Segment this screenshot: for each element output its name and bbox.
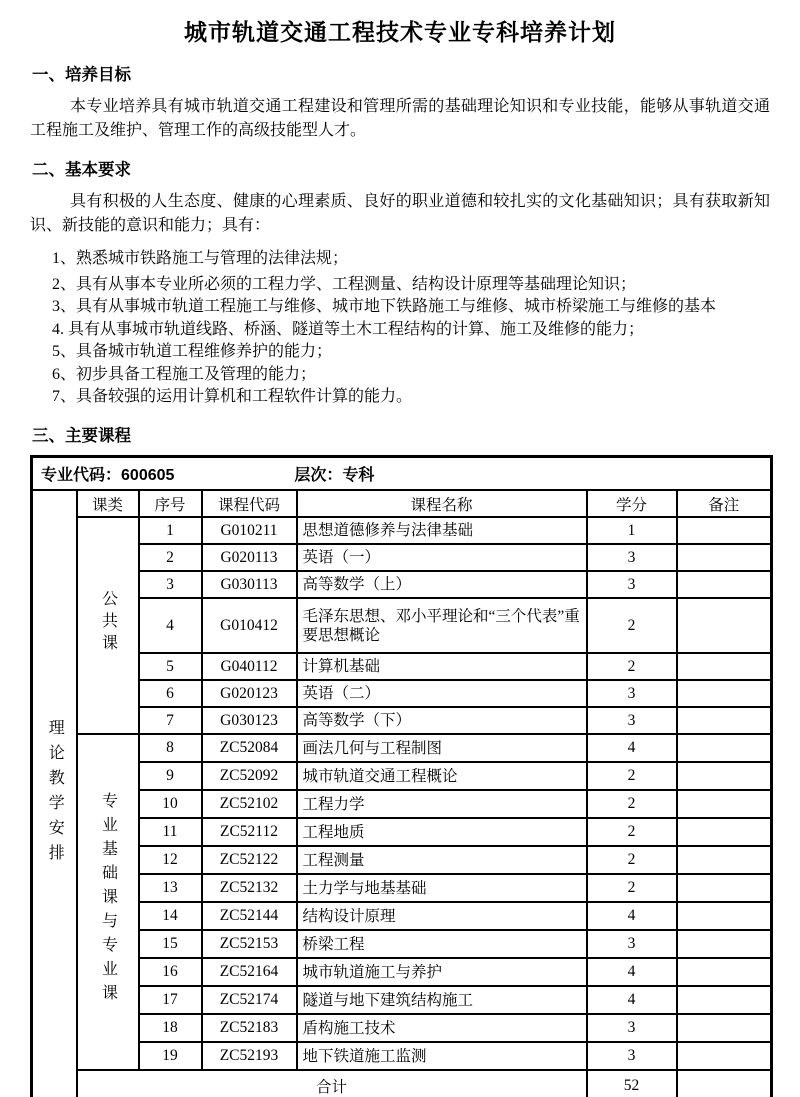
note-cell	[677, 958, 772, 986]
seq-cell: 12	[139, 846, 202, 874]
course-group-professional-cell: 专业基础课与专业课	[77, 734, 139, 1070]
level-value: 专科	[342, 467, 374, 484]
code-cell: G010211	[202, 517, 297, 544]
theory-teaching-axis-label: 理论教学安排	[46, 719, 62, 869]
course-row: 公共课 1 G010211 思想道德修养与法律基础 1	[32, 517, 772, 544]
name-cell: 计算机基础	[297, 653, 587, 680]
code-cell: ZC52102	[202, 790, 297, 818]
seq-cell: 9	[139, 762, 202, 790]
credits-cell: 3	[587, 1014, 677, 1042]
code-cell: ZC52193	[202, 1042, 297, 1070]
name-cell: 土力学与地基基础	[297, 874, 587, 902]
seq-cell: 11	[139, 818, 202, 846]
credits-cell: 2	[587, 846, 677, 874]
name-cell: 高等数学（上）	[297, 571, 587, 598]
training-objective-heading: 一、培养目标	[32, 64, 770, 86]
note-cell	[677, 818, 772, 846]
note-cell	[677, 707, 772, 734]
code-cell: ZC52183	[202, 1014, 297, 1042]
note-cell	[677, 930, 772, 958]
seq-cell: 10	[139, 790, 202, 818]
table-info-row: 专业代码：600605层次：专科	[32, 456, 772, 490]
total-row: 合计 52	[32, 1070, 772, 1097]
code-cell: G020123	[202, 680, 297, 707]
code-cell: ZC52112	[202, 818, 297, 846]
code-cell: ZC52084	[202, 734, 297, 762]
total-label-cell: 合计	[77, 1070, 587, 1097]
requirements-list: 1、熟悉城市铁路施工与管理的法律法规； 2、具有从事本专业所必须的工程力学、工程…	[30, 248, 770, 409]
code-cell: G010412	[202, 598, 297, 653]
course-row: 4 G010412 毛泽东思想、邓小平理论和“三个代表”重要思想概论 2	[32, 598, 772, 653]
credits-cell: 3	[587, 680, 677, 707]
note-cell	[677, 1070, 772, 1097]
course-row: 10 ZC52102 工程力学 2	[32, 790, 772, 818]
course-group-professional-label: 专业基础课与专业课	[100, 792, 116, 1008]
code-cell: ZC52174	[202, 986, 297, 1014]
seq-cell: 17	[139, 986, 202, 1014]
col-header-note: 备注	[677, 490, 772, 517]
seq-cell: 19	[139, 1042, 202, 1070]
training-objective-paragraph: 本专业培养具有城市轨道交通工程建设和管理所需的基础理论知识和专业技能，能够从事轨…	[30, 95, 770, 143]
course-row: 19 ZC52193 地下铁道施工监测 3	[32, 1042, 772, 1070]
code-cell: G030123	[202, 707, 297, 734]
credits-cell: 4	[587, 986, 677, 1014]
credits-cell: 2	[587, 653, 677, 680]
basic-requirements-heading: 二、基本要求	[32, 159, 770, 181]
name-cell: 隧道与地下建筑结构施工	[297, 986, 587, 1014]
document-page: 城市轨道交通工程技术专业专科培养计划 一、培养目标 本专业培养具有城市轨道交通工…	[0, 0, 800, 1097]
requirement-item-3: 3、具有从事城市轨道工程施工与维修、城市地下铁路施工与维修、城市桥梁施工与维修的…	[52, 296, 770, 319]
table-header-row: 理论教学安排 课类 序号 课程代码 课程名称 学分 备注	[32, 490, 772, 517]
course-row: 6 G020123 英语（二） 3	[32, 680, 772, 707]
note-cell	[677, 544, 772, 571]
name-cell: 工程力学	[297, 790, 587, 818]
note-cell	[677, 734, 772, 762]
requirement-item-1: 1、熟悉城市铁路施工与管理的法律法规；	[52, 248, 770, 271]
name-cell: 英语（二）	[297, 680, 587, 707]
credits-cell: 2	[587, 790, 677, 818]
code-cell: G020113	[202, 544, 297, 571]
code-cell: ZC52122	[202, 846, 297, 874]
course-row: 2 G020113 英语（一） 3	[32, 544, 772, 571]
seq-cell: 16	[139, 958, 202, 986]
seq-cell: 4	[139, 598, 202, 653]
table-info-cell: 专业代码：600605层次：专科	[32, 456, 772, 490]
seq-cell: 6	[139, 680, 202, 707]
basic-requirements-paragraph: 具有积极的人生态度、健康的心理素质、良好的职业道德和较扎实的文化基础知识；具有获…	[30, 190, 770, 238]
credits-cell: 2	[587, 762, 677, 790]
seq-cell: 8	[139, 734, 202, 762]
theory-teaching-axis-cell: 理论教学安排	[32, 490, 77, 1097]
code-cell: ZC52132	[202, 874, 297, 902]
credits-cell: 4	[587, 734, 677, 762]
course-row: 13 ZC52132 土力学与地基基础 2	[32, 874, 772, 902]
name-cell: 画法几何与工程制图	[297, 734, 587, 762]
note-cell	[677, 517, 772, 544]
seq-cell: 5	[139, 653, 202, 680]
note-cell	[677, 762, 772, 790]
name-cell: 桥梁工程	[297, 930, 587, 958]
note-cell	[677, 571, 772, 598]
course-group-public-cell: 公共课	[77, 517, 139, 734]
seq-cell: 3	[139, 571, 202, 598]
name-cell: 工程地质	[297, 818, 587, 846]
code-cell: G040112	[202, 653, 297, 680]
note-cell	[677, 653, 772, 680]
col-header-name: 课程名称	[297, 490, 587, 517]
requirement-item-6: 6、初步具备工程施工及管理的能力；	[52, 364, 770, 387]
name-cell: 思想道德修养与法律基础	[297, 517, 587, 544]
code-cell: G030113	[202, 571, 297, 598]
seq-cell: 18	[139, 1014, 202, 1042]
col-header-credits: 学分	[587, 490, 677, 517]
credits-cell: 1	[587, 517, 677, 544]
seq-cell: 1	[139, 517, 202, 544]
requirement-item-2: 2、具有从事本专业所必须的工程力学、工程测量、结构设计原理等基础理论知识；	[52, 274, 770, 297]
note-cell	[677, 874, 772, 902]
major-code-label: 专业代码：	[41, 467, 121, 484]
name-cell: 地下铁道施工监测	[297, 1042, 587, 1070]
seq-cell: 7	[139, 707, 202, 734]
course-row: 16 ZC52164 城市轨道施工与养护 4	[32, 958, 772, 986]
name-cell: 盾构施工技术	[297, 1014, 587, 1042]
code-cell: ZC52164	[202, 958, 297, 986]
note-cell	[677, 902, 772, 930]
course-row: 15 ZC52153 桥梁工程 3	[32, 930, 772, 958]
requirement-item-7: 7、具备较强的运用计算机和工程软件计算的能力。	[52, 386, 770, 409]
page-title: 城市轨道交通工程技术专业专科培养计划	[30, 16, 770, 48]
code-cell: ZC52144	[202, 902, 297, 930]
name-cell: 高等数学（下）	[297, 707, 587, 734]
course-row: 9 ZC52092 城市轨道交通工程概论 2	[32, 762, 772, 790]
credits-cell: 3	[587, 1042, 677, 1070]
course-row: 14 ZC52144 结构设计原理 4	[32, 902, 772, 930]
level-label: 层次：	[294, 467, 342, 484]
note-cell	[677, 986, 772, 1014]
credits-cell: 2	[587, 598, 677, 653]
seq-cell: 14	[139, 902, 202, 930]
course-table: 专业代码：600605层次：专科 理论教学安排 课类 序号 课程代码 课程名称 …	[30, 455, 773, 1097]
note-cell	[677, 1042, 772, 1070]
course-row: 5 G040112 计算机基础 2	[32, 653, 772, 680]
credits-cell: 2	[587, 818, 677, 846]
credits-cell: 4	[587, 958, 677, 986]
major-code-value: 600605	[121, 467, 174, 484]
seq-cell: 2	[139, 544, 202, 571]
credits-cell: 2	[587, 874, 677, 902]
note-cell	[677, 680, 772, 707]
course-group-public-label: 公共课	[100, 590, 116, 656]
main-courses-heading: 三、主要课程	[32, 425, 770, 447]
note-cell	[677, 790, 772, 818]
requirement-item-5: 5、具备城市轨道工程维修养护的能力；	[52, 341, 770, 364]
course-row: 3 G030113 高等数学（上） 3	[32, 571, 772, 598]
credits-cell: 3	[587, 707, 677, 734]
name-cell: 工程测量	[297, 846, 587, 874]
course-row: 7 G030123 高等数学（下） 3	[32, 707, 772, 734]
name-cell: 结构设计原理	[297, 902, 587, 930]
credits-cell: 3	[587, 571, 677, 598]
course-row: 专业基础课与专业课 8 ZC52084 画法几何与工程制图 4	[32, 734, 772, 762]
note-cell	[677, 598, 772, 653]
seq-cell: 13	[139, 874, 202, 902]
col-header-code: 课程代码	[202, 490, 297, 517]
col-header-category: 课类	[77, 490, 139, 517]
seq-cell: 15	[139, 930, 202, 958]
total-credits-cell: 52	[587, 1070, 677, 1097]
note-cell	[677, 1014, 772, 1042]
course-row: 17 ZC52174 隧道与地下建筑结构施工 4	[32, 986, 772, 1014]
course-row: 12 ZC52122 工程测量 2	[32, 846, 772, 874]
note-cell	[677, 846, 772, 874]
course-row: 11 ZC52112 工程地质 2	[32, 818, 772, 846]
credits-cell: 4	[587, 902, 677, 930]
credits-cell: 3	[587, 544, 677, 571]
name-cell: 城市轨道施工与养护	[297, 958, 587, 986]
name-cell: 英语（一）	[297, 544, 587, 571]
requirement-item-4: 4. 具有从事城市轨道线路、桥涵、隧道等土木工程结构的计算、施工及维修的能力；	[52, 319, 770, 342]
name-cell: 毛泽东思想、邓小平理论和“三个代表”重要思想概论	[297, 598, 587, 653]
course-row: 18 ZC52183 盾构施工技术 3	[32, 1014, 772, 1042]
col-header-seq: 序号	[139, 490, 202, 517]
name-cell: 城市轨道交通工程概论	[297, 762, 587, 790]
code-cell: ZC52092	[202, 762, 297, 790]
credits-cell: 3	[587, 930, 677, 958]
code-cell: ZC52153	[202, 930, 297, 958]
